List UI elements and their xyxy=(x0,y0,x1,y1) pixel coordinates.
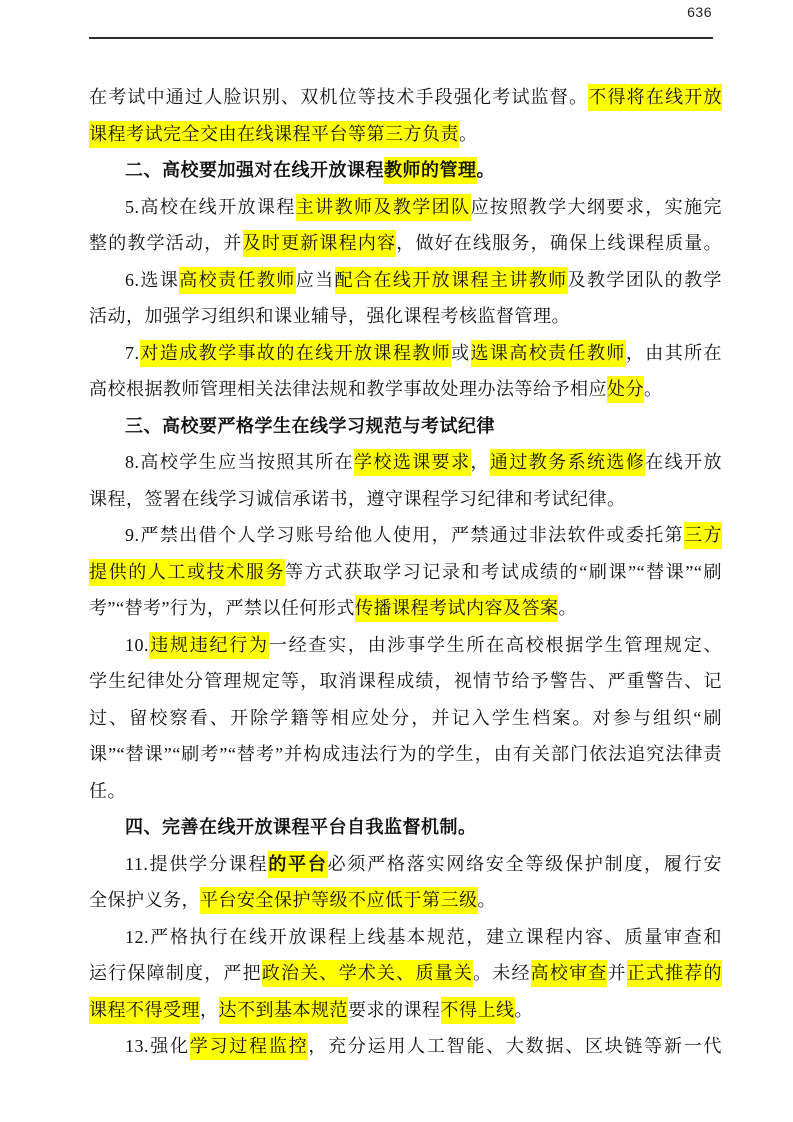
text-segment: 一经查实，由涉事学生所在高校根据学生管理规定、 xyxy=(269,635,722,655)
text-segment: 课程，签署在线学习诚信承诺书，遵守课程学习纪律和考试纪律。 xyxy=(89,489,626,509)
highlighted-text: 学习过程监控 xyxy=(190,1033,309,1060)
text-segment: ，由其所在 xyxy=(626,343,722,363)
text-segment: 。 xyxy=(515,1000,534,1020)
text-segment: 。 xyxy=(478,890,497,910)
text-line: 12.严格执行在线开放课程上线基本规范，建立课程内容、质量审查和 xyxy=(89,919,722,956)
text-line: 二、高校要加强对在线开放课程教师的管理。 xyxy=(89,152,722,189)
highlighted-text: 正式推荐的 xyxy=(627,960,722,987)
highlighted-text: 不得将在线开放 xyxy=(588,84,722,111)
text-line: 11.提供学分课程的平台必须严格落实网络安全等级保护制度，履行安 xyxy=(89,846,722,883)
highlighted-text: 平台安全保护等级不应低于第三级 xyxy=(200,887,478,914)
highlighted-text: 学校选课要求 xyxy=(354,449,471,476)
text-segment: 整的教学活动，并 xyxy=(89,233,243,253)
text-segment: 7. xyxy=(125,343,140,363)
text-segment: 在线开放 xyxy=(645,452,722,472)
text-segment: 。未经 xyxy=(473,963,531,983)
text-line: 在考试中通过人脸识别、双机位等技术手段强化考试监督。不得将在线开放 xyxy=(89,79,722,116)
highlighted-text: 主讲教师及教学团队 xyxy=(296,194,471,221)
text-line: 三、高校要严格学生在线学习规范与考试纪律 xyxy=(89,408,722,445)
text-line: 课程不得受理，达不到基本规范要求的课程不得上线。 xyxy=(89,992,722,1029)
text-segment: 全保护义务， xyxy=(89,890,200,910)
text-segment: 或 xyxy=(451,343,470,363)
text-line: 10.违规违纪行为一经查实，由涉事学生所在高校根据学生管理规定、 xyxy=(89,627,722,664)
text-line: 全保护义务，平台安全保护等级不应低于第三级。 xyxy=(89,882,722,919)
text-segment: 13.强化 xyxy=(125,1036,190,1056)
text-line: 课程，签署在线学习诚信承诺书，遵守课程学习纪律和考试纪律。 xyxy=(89,481,722,518)
text-line: 考”“替考”行为，严禁以任何形式传播课程考试内容及答案。 xyxy=(89,590,722,627)
page-header: 636 xyxy=(0,0,793,42)
text-segment: 5.高校在线开放课程 xyxy=(125,197,296,217)
text-segment: ， xyxy=(471,452,490,472)
text-segment: 四、完善在线开放课程平台自我监督机制。 xyxy=(125,817,477,837)
text-line: 四、完善在线开放课程平台自我监督机制。 xyxy=(89,809,722,846)
highlighted-text: 课程不得受理 xyxy=(89,997,200,1024)
text-segment: 课”“替课”“刷考”“替考”并构成违法行为的学生，由有关部门依法追究法律责 xyxy=(89,744,722,764)
text-segment: 。 xyxy=(558,598,577,618)
highlighted-text: 通过教务系统选修 xyxy=(490,449,645,476)
text-line: 7.对造成教学事故的在线开放课程教师或选课高校责任教师，由其所在 xyxy=(89,335,722,372)
highlighted-text: 达不到基本规范 xyxy=(219,997,349,1024)
text-line: 学生纪律处分管理规定等，取消课程成绩，视情节给予警告、严重警告、记 xyxy=(89,663,722,700)
text-segment: 9.严禁出借个人学习账号给他人使用，严禁通过非法软件或委托第 xyxy=(125,525,684,545)
highlighted-text: 及时更新课程内容 xyxy=(243,230,397,257)
text-segment: 应当 xyxy=(296,270,335,290)
text-line: 过、留校察看、开除学籍等相应处分，并记入学生档案。对参与组织“刷 xyxy=(89,700,722,737)
text-line: 整的教学活动，并及时更新课程内容，做好在线服务，确保上线课程质量。 xyxy=(89,225,722,262)
highlighted-text: 不得上线 xyxy=(441,997,515,1024)
text-line: 8.高校学生应当按照其所在学校选课要求，通过教务系统选修在线开放 xyxy=(89,444,722,481)
text-line: 活动，加强学习组织和课业辅导，强化课程考核监督管理。 xyxy=(89,298,722,335)
text-segment: 并 xyxy=(607,963,626,983)
document-page: { "page": { "number": "636", "highlight_… xyxy=(0,0,793,1122)
highlighted-text: 的平台 xyxy=(268,851,327,878)
text-segment: 在考试中通过人脸识别、双机位等技术手段强化考试监督。 xyxy=(89,87,588,107)
text-segment: ， xyxy=(200,1000,219,1020)
text-line: 高校根据教师管理相关法律法规和教学事故处理办法等给予相应处分。 xyxy=(89,371,722,408)
header-rule xyxy=(89,37,713,39)
text-segment: 。 xyxy=(459,124,478,144)
text-line: 6.选课高校责任教师应当配合在线开放课程主讲教师及教学团队的教学 xyxy=(89,262,722,299)
text-segment: 二、高校要加强对在线开放课程 xyxy=(125,160,384,180)
highlighted-text: 课程考试完全交由在线课程平台等第三方负责 xyxy=(89,121,459,148)
text-line: 任。 xyxy=(89,773,722,810)
text-segment: ，做好在线服务，确保上线课程质量。 xyxy=(396,233,722,253)
highlighted-text: 提供的人工或技术服务 xyxy=(89,559,285,586)
text-segment: 。 xyxy=(644,379,663,399)
highlighted-text: 三方 xyxy=(684,522,722,549)
text-segment: 必须严格落实网络安全等级保护制度，履行安 xyxy=(328,854,722,874)
document-body: 在考试中通过人脸识别、双机位等技术手段强化考试监督。不得将在线开放课程考试完全交… xyxy=(89,79,722,1065)
text-segment: 考”“替考”行为，严禁以任何形式 xyxy=(89,598,355,618)
text-segment: 三、高校要严格学生在线学习规范与考试纪律 xyxy=(125,416,495,436)
highlighted-text: 高校审查 xyxy=(531,960,608,987)
text-segment: 活动，加强学习组织和课业辅导，强化课程考核监督管理。 xyxy=(89,306,570,326)
highlighted-text: 对造成教学事故的在线开放课程教师 xyxy=(140,340,452,367)
highlighted-text: 传播课程考试内容及答案 xyxy=(355,595,559,622)
highlighted-text: 教师的管理 xyxy=(384,157,477,184)
text-line: 9.严禁出借个人学习账号给他人使用，严禁通过非法软件或委托第三方 xyxy=(89,517,722,554)
text-segment: 及教学团队的教学 xyxy=(568,270,722,290)
highlighted-text: 违规违纪行为 xyxy=(149,632,269,659)
text-segment: 学生纪律处分管理规定等，取消课程成绩，视情节给予警告、严重警告、记 xyxy=(89,671,722,691)
text-segment: 等方式获取学习记录和考试成绩的“刷课”“替课”“刷 xyxy=(285,562,722,582)
highlighted-text: 选课高校责任教师 xyxy=(471,340,626,367)
text-line: 运行保障制度，严把政治关、学术关、质量关。未经高校审查并正式推荐的 xyxy=(89,955,722,992)
text-line: 课程考试完全交由在线课程平台等第三方负责。 xyxy=(89,116,722,153)
text-segment: 6.选课 xyxy=(125,270,179,290)
text-segment: 过、留校察看、开除学籍等相应处分，并记入学生档案。对参与组织“刷 xyxy=(89,708,722,728)
highlighted-text: 政治关、学术关、质量关 xyxy=(262,960,473,987)
text-line: 提供的人工或技术服务等方式获取学习记录和考试成绩的“刷课”“替课”“刷 xyxy=(89,554,722,591)
text-segment: 8.高校学生应当按照其所在 xyxy=(125,452,354,472)
text-segment: 12.严格执行在线开放课程上线基本规范，建立课程内容、质量审查和 xyxy=(125,927,722,947)
text-line: 5.高校在线开放课程主讲教师及教学团队应按照教学大纲要求，实施完 xyxy=(89,189,722,226)
highlighted-text: 配合在线开放课程主讲教师 xyxy=(335,267,568,294)
text-segment: ，充分运用人工智能、大数据、区块链等新一代 xyxy=(308,1036,722,1056)
text-segment: 应按照教学大纲要求，实施完 xyxy=(471,197,723,217)
text-segment: 任。 xyxy=(89,781,126,801)
text-line: 课”“替课”“刷考”“替考”并构成违法行为的学生，由有关部门依法追究法律责 xyxy=(89,736,722,773)
page-number: 636 xyxy=(687,4,712,20)
text-segment: 。 xyxy=(477,160,496,180)
text-segment: 要求的课程 xyxy=(348,1000,441,1020)
text-segment: 10. xyxy=(125,635,149,655)
text-segment: 高校根据教师管理相关法律法规和教学事故处理办法等给予相应 xyxy=(89,379,607,399)
text-segment: 运行保障制度，严把 xyxy=(89,963,262,983)
highlighted-text: 高校责任教师 xyxy=(179,267,296,294)
highlighted-text: 处分 xyxy=(607,376,644,403)
text-segment: 11.提供学分课程 xyxy=(125,854,268,874)
text-line: 13.强化学习过程监控，充分运用人工智能、大数据、区块链等新一代 xyxy=(89,1028,722,1065)
